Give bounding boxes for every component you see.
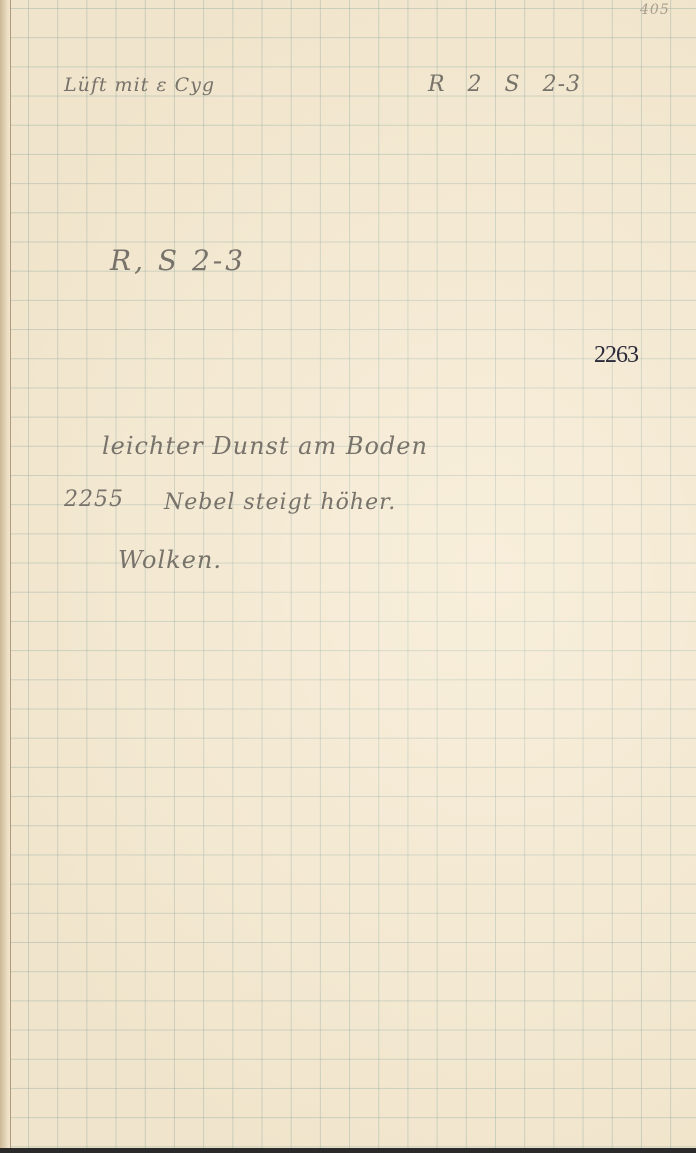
observation-3-text: Wolken. <box>118 546 222 574</box>
observation-2-text: Nebel steigt höher. <box>164 490 396 515</box>
rating-note: R, S 2-3 <box>110 244 246 277</box>
observation-1-text: leichter Dunst am Boden <box>102 432 428 460</box>
ink-number: 2263 <box>594 342 638 369</box>
page-number: 405 <box>640 2 670 18</box>
header-left-note: Lüft mit ε Cyg <box>64 74 215 96</box>
header-right-note: R 2 S 2-3 <box>428 72 581 97</box>
observation-2-time: 2255 <box>64 487 124 512</box>
notebook-page: 405 Lüft mit ε Cyg R 2 S 2-3 R, S 2-3 22… <box>0 0 696 1148</box>
page-binding-edge <box>0 0 11 1148</box>
scan-bottom-edge <box>0 1148 696 1153</box>
